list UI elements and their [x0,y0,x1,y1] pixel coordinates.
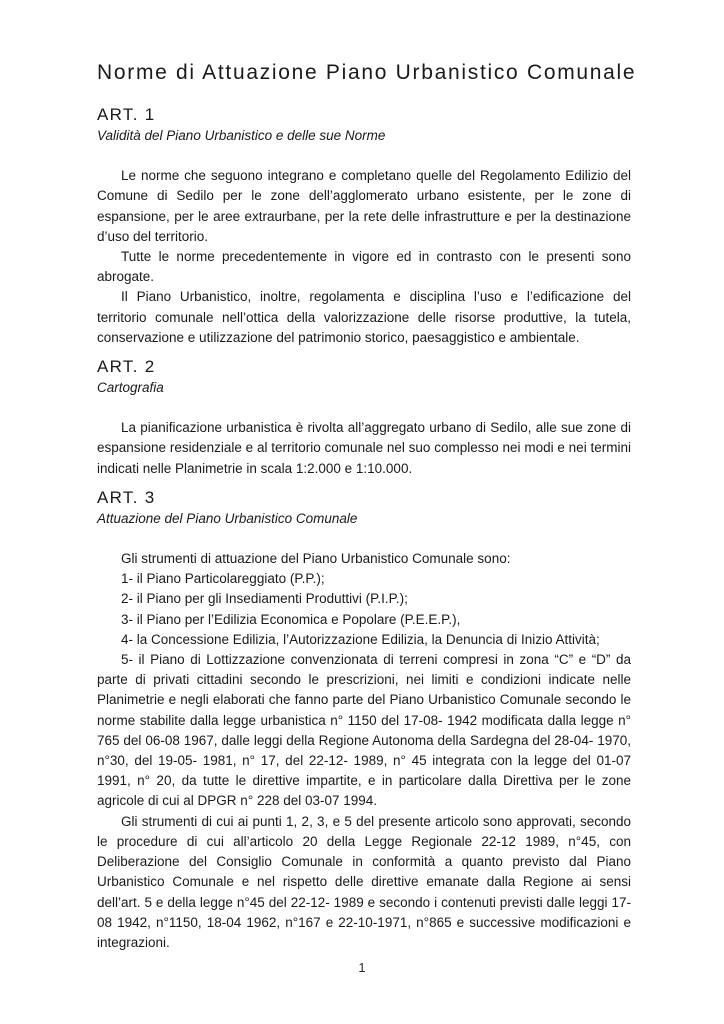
instruments-list: 1- il Piano Particolareggiato (P.P.); 2-… [97,569,631,650]
article-1-paragraph: Tutte le norme precedentemente in vigore… [97,247,631,287]
document-page: Norme di Attuazione Piano Urbanistico Co… [0,0,724,1024]
article-1: ART. 1 Validità del Piano Urbanistico e … [97,104,631,348]
article-1-subtitle: Validità del Piano Urbanistico e delle s… [97,126,631,146]
article-3-subtitle: Attuazione del Piano Urbanistico Comunal… [97,509,631,529]
page-number: 1 [0,959,724,977]
list-item: 2- il Piano per gli Insediamenti Produtt… [97,589,631,609]
article-3-heading: ART. 3 [97,487,631,509]
article-2-subtitle: Cartografia [97,378,631,398]
article-1-heading: ART. 1 [97,104,631,126]
list-item: 3- il Piano per l’Edilizia Economica e P… [97,610,631,630]
article-3-intro: Gli strumenti di attuazione del Piano Ur… [97,549,631,569]
article-1-paragraph: Il Piano Urbanistico, inoltre, regolamen… [97,287,631,348]
list-item: 1- il Piano Particolareggiato (P.P.); [97,569,631,589]
article-3: ART. 3 Attuazione del Piano Urbanistico … [97,487,631,953]
list-item: 4- la Concessione Edilizia, l’Autorizzaz… [97,630,631,650]
article-3-paragraph: Gli strumenti di cui ai punti 1, 2, 3, e… [97,812,631,953]
article-2-heading: ART. 2 [97,356,631,378]
article-2-paragraph: La pianificazione urbanistica è rivolta … [97,418,631,479]
document-title: Norme di Attuazione Piano Urbanistico Co… [97,59,631,86]
article-1-paragraph: Le norme che seguono integrano e complet… [97,166,631,247]
article-2: ART. 2 Cartografia La pianificazione urb… [97,356,631,479]
article-3-paragraph: 5- il Piano di Lottizzazione convenziona… [97,650,631,812]
